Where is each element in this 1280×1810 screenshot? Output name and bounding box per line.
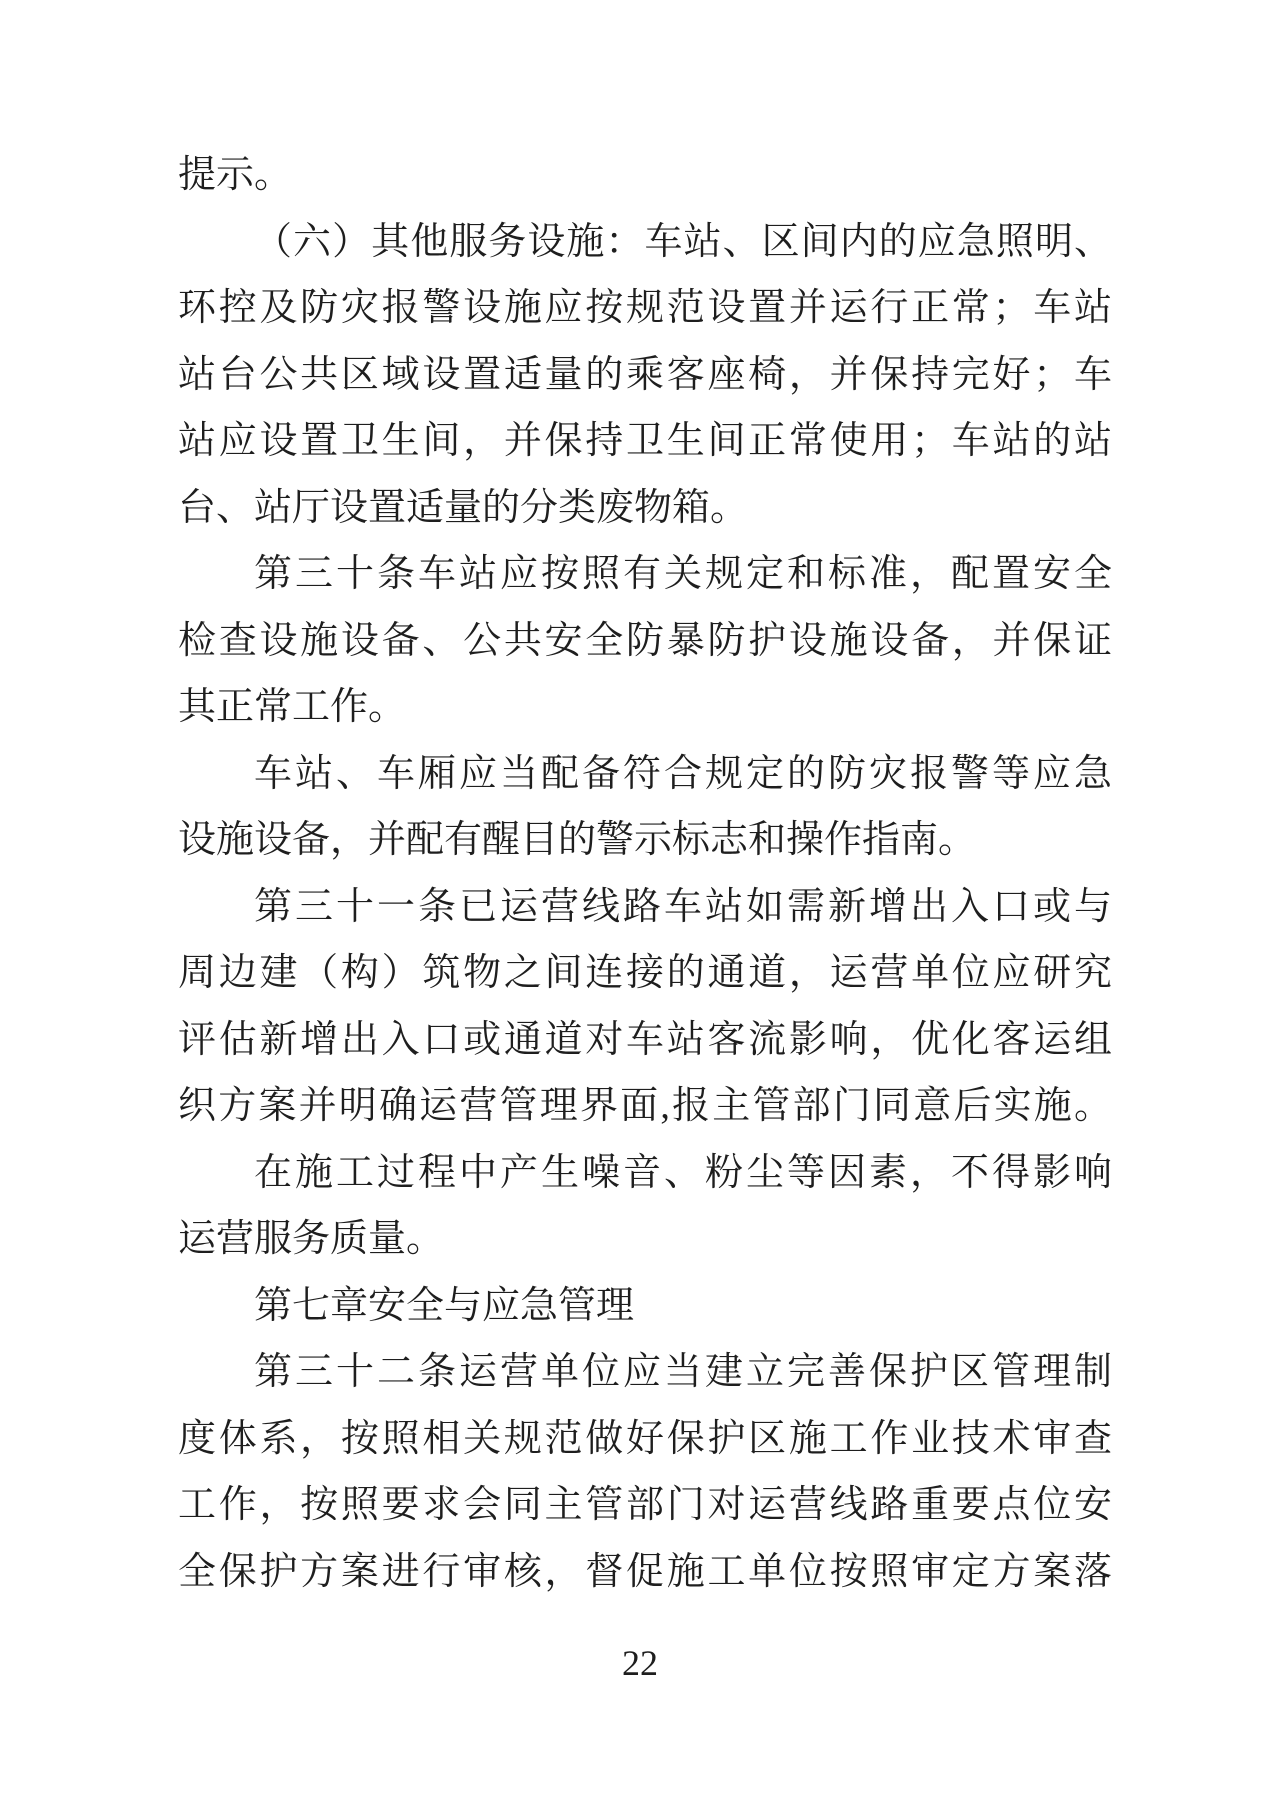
text-line: 在施工过程中产生噪音、粉尘等因素，不得影响 (178, 1140, 1112, 1207)
text-line: 第三十二条运营单位应当建立完善保护区管理制 (178, 1339, 1112, 1406)
text-line: 检查设施设备、公共安全防暴防护设施设备，并保证 (178, 608, 1112, 675)
text-line: 环控及防灾报警设施应按规范设置并运行正常；车站 (178, 275, 1112, 342)
text-line: 设施设备，并配有醒目的警示标志和操作指南。 (178, 807, 1112, 874)
text-line: 台、站厅设置适量的分类废物箱。 (178, 475, 1112, 542)
text-line: 车站、车厢应当配备符合规定的防灾报警等应急 (178, 741, 1112, 808)
text-line: 度体系，按照相关规范做好保护区施工作业技术审查 (178, 1406, 1112, 1473)
text-line: 第三十条车站应按照有关规定和标准，配置安全 (178, 541, 1112, 608)
text-line: 第三十一条已运营线路车站如需新增出入口或与 (178, 874, 1112, 941)
text-line: 提示。 (178, 142, 1112, 209)
text-line: （六）其他服务设施：车站、区间内的应急照明、 (178, 209, 1112, 276)
text-line: 站台公共区域设置适量的乘客座椅，并保持完好；车 (178, 342, 1112, 409)
text-line: 周边建（构）筑物之间连接的通道，运营单位应研究 (178, 940, 1112, 1007)
text-line: 站应设置卫生间，并保持卫生间正常使用；车站的站 (178, 408, 1112, 475)
text-line: 第七章安全与应急管理 (178, 1273, 1112, 1340)
text-line: 工作，按照要求会同主管部门对运营线路重要点位安 (178, 1472, 1112, 1539)
text-line: 其正常工作。 (178, 674, 1112, 741)
text-line: 运营服务质量。 (178, 1206, 1112, 1273)
text-line: 评估新增出入口或通道对车站客流影响，优化客运组 (178, 1007, 1112, 1074)
body-text: 提示。（六）其他服务设施：车站、区间内的应急照明、环控及防灾报警设施应按规范设置… (178, 142, 1112, 1605)
text-line: 全保护方案进行审核，督促施工单位按照审定方案落 (178, 1539, 1112, 1606)
document-page: 提示。（六）其他服务设施：车站、区间内的应急照明、环控及防灾报警设施应按规范设置… (0, 0, 1280, 1810)
text-line: 织方案并明确运营管理界面,报主管部门同意后实施。 (178, 1073, 1112, 1140)
page-number: 22 (0, 1642, 1280, 1684)
